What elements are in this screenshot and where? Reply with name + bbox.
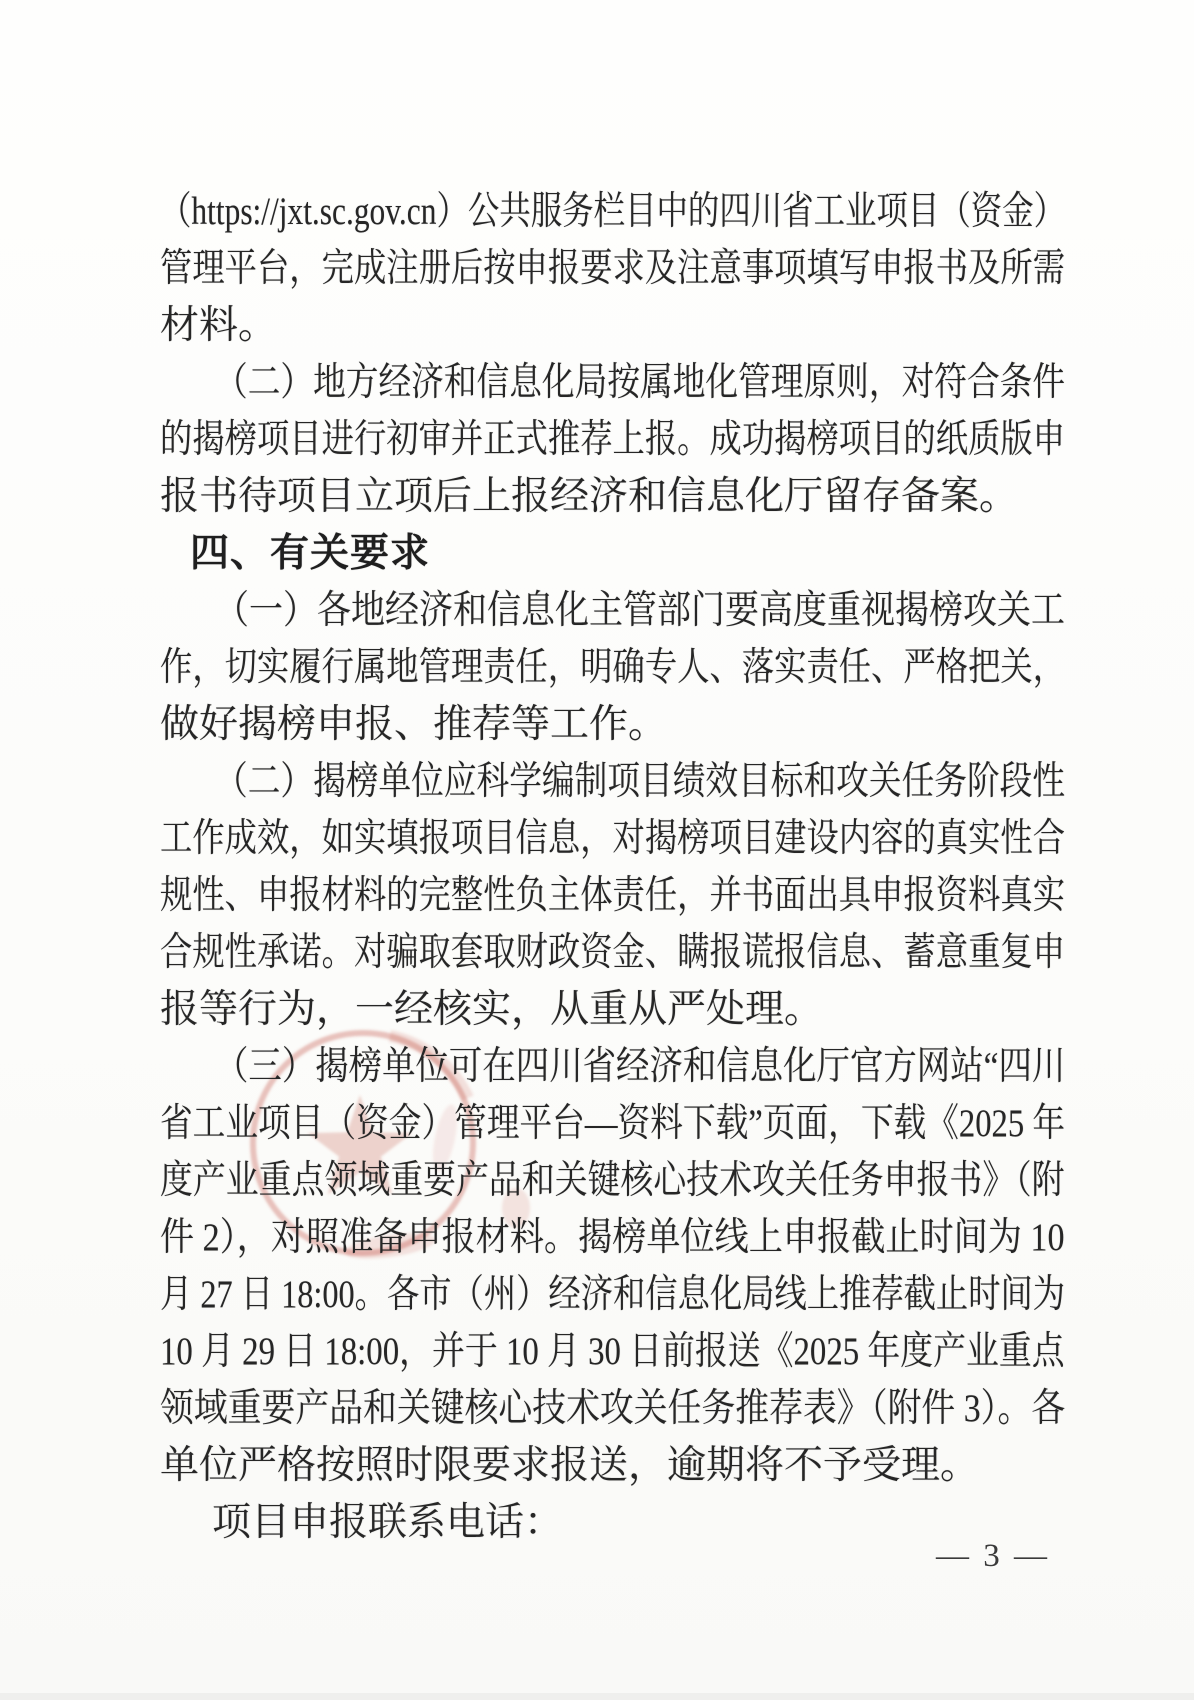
doc-line: 的揭榜项目进行初审并正式推荐上报。成功揭榜项目的纸质版申	[160, 411, 1065, 468]
doc-line: 合规性承诺。对骗取套取财政资金、瞒报谎报信息、蓄意重复申	[160, 924, 1065, 981]
doc-line: 10 月 29 日 18:00，并于 10 月 30 日前报送《2025 年度产…	[160, 1323, 1065, 1380]
doc-line: 作，切实履行属地管理责任，明确专人、落实责任、严格把关，	[160, 639, 1065, 696]
doc-line: 月 27 日 18:00。各市（州）经济和信息化局线上推荐截止时间为	[160, 1266, 1065, 1323]
doc-line: 报书待项目立项后上报经济和信息化厅留存备案。	[160, 468, 1065, 525]
doc-line: （二）地方经济和信息化局按属地化管理原则，对符合条件	[160, 354, 1065, 411]
doc-line: （二）揭榜单位应科学编制项目绩效目标和攻关任务阶段性	[160, 753, 1065, 810]
doc-line: 规性、申报材料的完整性负主体责任，并书面出具申报资料真实	[160, 867, 1065, 924]
scan-edge-shadow	[0, 1693, 1194, 1700]
doc-line: （https://jxt.sc.gov.cn）公共服务栏目中的四川省工业项目（资…	[160, 183, 1065, 240]
doc-line: 省工业项目（资金）管理平台—资料下载”页面，下载《2025 年	[160, 1095, 1065, 1152]
doc-line: 领域重要产品和关键核心技术攻关任务推荐表》（附件 3）。各	[160, 1380, 1065, 1437]
doc-line: 件 2），对照准备申报材料。揭榜单位线上申报截止时间为 10	[160, 1209, 1065, 1266]
doc-line: 度产业重点领域重要产品和关键核心技术攻关任务申报书》（附	[160, 1152, 1065, 1209]
doc-line: 报等行为，一经核实，从重从严处理。	[160, 981, 1065, 1038]
doc-line: 单位严格按照时限要求报送，逾期将不予受理。	[160, 1437, 1065, 1494]
doc-line: （一）各地经济和信息化主管部门要高度重视揭榜攻关工	[160, 582, 1065, 639]
page-number: — 3 —	[928, 1538, 1058, 1575]
document-page: （https://jxt.sc.gov.cn）公共服务栏目中的四川省工业项目（资…	[0, 0, 1194, 1700]
document-body: （https://jxt.sc.gov.cn）公共服务栏目中的四川省工业项目（资…	[160, 183, 1065, 1551]
doc-line: 管理平台，完成注册后按申报要求及注意事项填写申报书及所需	[160, 240, 1065, 297]
section-heading: 四、有关要求	[160, 525, 1065, 582]
doc-line: 做好揭榜申报、推荐等工作。	[160, 696, 1065, 753]
doc-line: （三）揭榜单位可在四川省经济和信息化厅官方网站“四川	[160, 1038, 1065, 1095]
doc-line: 工作成效，如实填报项目信息，对揭榜项目建设内容的真实性合	[160, 810, 1065, 867]
doc-line: 材料。	[160, 297, 1065, 354]
